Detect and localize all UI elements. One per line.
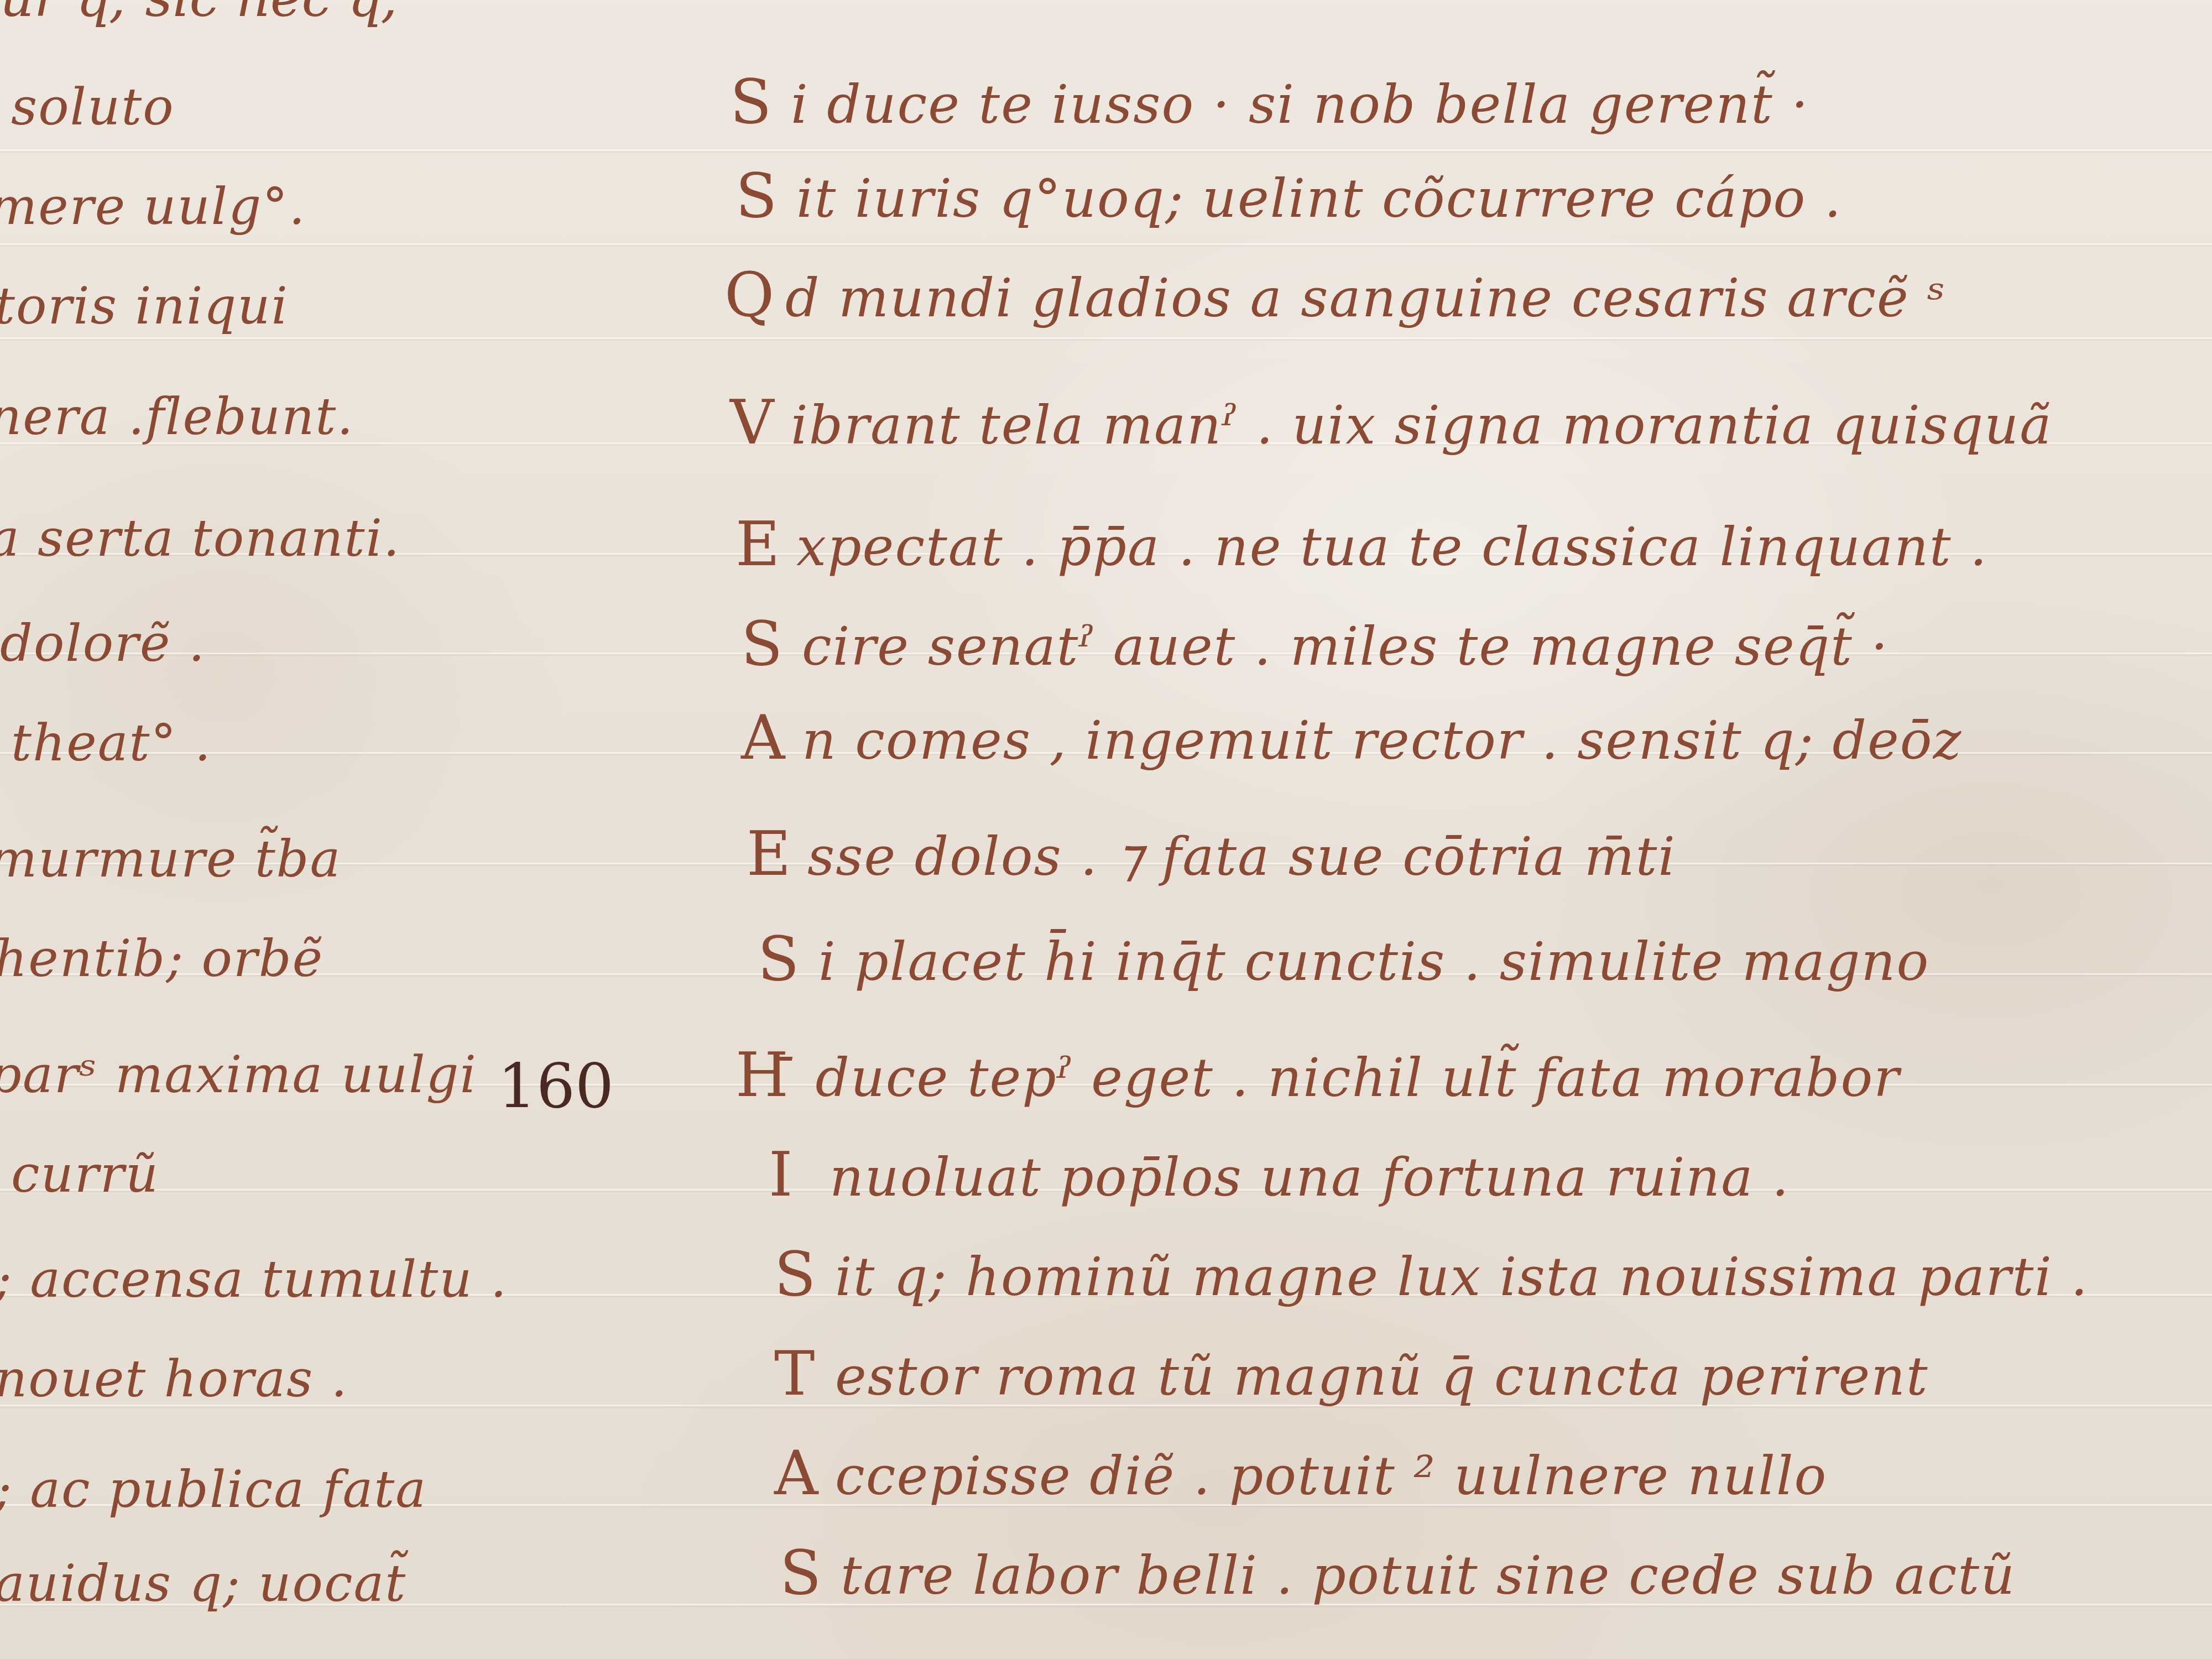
left-line: a serta tonanti. [0,509,400,568]
verse-initial: T [774,1338,835,1409]
left-line: hentib; orbẽ [0,929,324,988]
verse-initial: S [741,608,802,679]
top-fragment-left: ur q; sic nec q; [0,0,400,29]
verse-line: Testor roma tũ magnũ q̄ cuncta periren… [774,1338,1929,1409]
verse-initial: S [774,1239,835,1310]
left-line: parˢ maxima uulgi [0,1045,477,1104]
verse-number: 160 [498,1051,614,1121]
verse-line: Si duce te iusso · si nob bella gerent̃ … [730,66,1809,137]
verse-text: it iuris q°uoq; uelint cõcurrere cápo … [796,168,1842,229]
verse-text: d mundi gladios a sanguine cesaris arcẽ… [785,267,1947,329]
verse-line: Stare labor belli . potuit sine cede sub… [780,1537,2016,1608]
verse-text: tare labor belli . potuit sine cede sub … [841,1545,2016,1606]
verse-initial: S [730,66,791,137]
ruling-line [0,243,2212,245]
verse-line: H̄ duce tepˀ eget . nichil ult̃ fata mor… [735,1040,1900,1110]
verse-text: ̄ duce tepˀ eget . nichil ult̃ fata mora… [796,1047,1900,1109]
verse-text: i placet h̄i inq̄t cunctis . simulite ma… [818,931,1929,993]
verse-line: Inuoluat pop̄los una fortuna ruina . [769,1139,1790,1210]
left-line: currũ [11,1145,159,1204]
left-line: soluto [11,77,175,137]
left-line: nouet horas . [0,1349,348,1408]
left-line: auidus q; uocat̃ [0,1554,406,1613]
verse-text: ccepisse diẽ . potuit ² uulnere nullo [835,1445,1827,1507]
verse-initial: A [774,1438,835,1509]
verse-initial: S [758,924,818,994]
verse-line: Accepisse diẽ . potuit ² uulnere nullo [774,1438,1827,1509]
left-line: dolorẽ . [0,614,206,673]
verse-text: it q; hominũ magne lux ista nouissima p… [835,1246,2089,1308]
verse-line: Sit iuris q°uoq; uelint cõcurrere cápo… [735,160,1842,231]
verse-initial: I [769,1139,830,1210]
verse-text: i duce te iusso · si nob bella gerent̃ · [791,74,1809,135]
verse-initial: H [735,1040,796,1110]
verse-line: An comes , ingemuit rector . sensit q; d… [741,702,1962,773]
verse-initial: E [735,509,796,580]
verse-text: sse dolos . ⁊ fata sue cōtria m̄ti [807,826,1676,888]
left-line: ; ac publica fata [0,1460,427,1519]
left-line: mere uulg°. [0,177,306,236]
verse-line: Sit q; hominũ magne lux ista nouissima … [774,1239,2089,1310]
left-line: toris iniqui [0,276,289,336]
left-line: nera .flebunt. [0,387,354,446]
left-line: theat° . [11,713,212,773]
verse-initial: E [747,818,807,889]
verse-line: Si placet h̄i inq̄t cunctis . simulite m… [758,924,1929,994]
verse-text: nuoluat pop̄los una fortuna ruina . [830,1146,1790,1208]
verse-line: Expectat . p̄p̄a . ne tua te classica li… [735,509,1988,580]
ruling-line [0,149,2212,151]
verse-line: Scire senatˀ auet . miles te magne seq̄t… [741,608,1889,679]
verse-line: Vibrant tela manˀ . uix signa morantia q… [730,387,2052,458]
ruling-line [0,337,2212,339]
verse-initial: A [741,702,802,773]
verse-text: estor roma tũ magnũ q̄ cuncta perirent [835,1345,1929,1407]
verse-initial: S [735,160,796,231]
verse-text: ibrant tela manˀ . uix signa morantia qu… [791,394,2052,456]
verse-text: xpectat . p̄p̄a . ne tua te classica lin… [796,516,1988,578]
verse-line: Esse dolos . ⁊ fata sue cōtria m̄ti [747,818,1676,889]
verse-line: Qd mundi gladios a sanguine cesaris arce… [724,260,1947,331]
left-line: murmure t̃ba [0,830,341,889]
verse-initial: S [780,1537,841,1608]
verse-initial: V [730,387,791,458]
verse-initial: Q [724,260,785,331]
left-line: ; accensa tumultu . [0,1250,508,1309]
verse-text: n comes , ingemuit rector . sensit q; de… [802,709,1962,771]
verse-text: cire senatˀ auet . miles te magne seq̄t̃… [802,615,1889,677]
